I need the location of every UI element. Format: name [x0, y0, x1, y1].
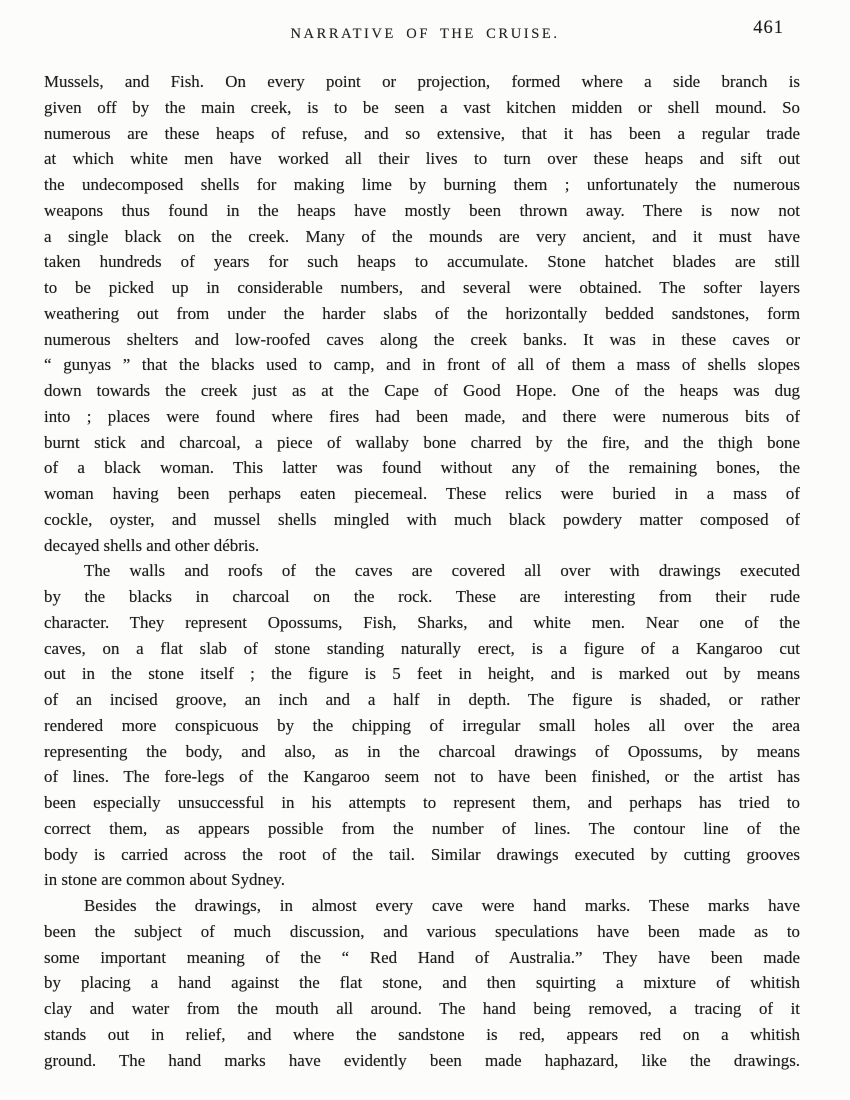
text-line: numerous shelters and low-roofed caves a… [44, 327, 800, 353]
text-line: down towards the creek just as at the Ca… [44, 378, 800, 404]
text-line: out in the stone itself ; the figure is … [44, 661, 800, 687]
text-line: been especially unsuccessful in his atte… [44, 790, 800, 816]
paragraph: The walls and roofs of the caves are cov… [44, 558, 800, 893]
book-page: NARRATIVE OF THE CRUISE. 461 Mussels, an… [0, 0, 850, 1100]
text-line: body is carried across the root of the t… [44, 842, 800, 868]
text-line: Besides the drawings, in almost every ca… [44, 893, 800, 919]
text-line: to be picked up in considerable numbers,… [44, 275, 800, 301]
page-number: 461 [753, 18, 784, 39]
text-line: “ gunyas ” that the blacks used to camp,… [44, 352, 800, 378]
text-line: weathering out from under the harder sla… [44, 301, 800, 327]
text-line: by the blacks in charcoal on the rock. T… [44, 584, 800, 610]
text-line: of lines. The fore-legs of the Kangaroo … [44, 764, 800, 790]
text-line: in stone are common about Sydney. [44, 867, 800, 893]
running-header: NARRATIVE OF THE CRUISE. [0, 26, 850, 43]
text-line: representing the body, and also, as in t… [44, 739, 800, 765]
text-line: correct them, as appears possible from t… [44, 816, 800, 842]
text-line: stands out in relief, and where the sand… [44, 1022, 800, 1048]
text-line: numerous are these heaps of refuse, and … [44, 121, 800, 147]
text-line: cockle, oyster, and mussel shells mingle… [44, 507, 800, 533]
page-body: Mussels, and Fish. On every point or pro… [44, 69, 800, 1073]
text-line: some important meaning of the “ Red Hand… [44, 945, 800, 971]
paragraph: Mussels, and Fish. On every point or pro… [44, 69, 800, 558]
text-line: taken hundreds of years for such heaps t… [44, 249, 800, 275]
text-line: clay and water from the mouth all around… [44, 996, 800, 1022]
text-line: a single black on the creek. Many of the… [44, 224, 800, 250]
text-line: by placing a hand against the flat stone… [44, 970, 800, 996]
text-line: decayed shells and other débris. [44, 533, 800, 559]
text-line: Mussels, and Fish. On every point or pro… [44, 69, 800, 95]
text-line: into ; places were found where fires had… [44, 404, 800, 430]
text-line: burnt stick and charcoal, a piece of wal… [44, 430, 800, 456]
text-line: The walls and roofs of the caves are cov… [44, 558, 800, 584]
text-line: weapons thus found in the heaps have mos… [44, 198, 800, 224]
text-line: been the subject of much discussion, and… [44, 919, 800, 945]
text-line: ground. The hand marks have evidently be… [44, 1048, 800, 1074]
text-line: woman having been perhaps eaten piecemea… [44, 481, 800, 507]
paragraph: Besides the drawings, in almost every ca… [44, 893, 800, 1073]
text-line: of a black woman. This latter was found … [44, 455, 800, 481]
text-line: given off by the main creek, is to be se… [44, 95, 800, 121]
text-line: at which white men have worked all their… [44, 146, 800, 172]
text-line: of an incised groove, an inch and a half… [44, 687, 800, 713]
text-line: rendered more conspicuous by the chippin… [44, 713, 800, 739]
text-line: character. They represent Opossums, Fish… [44, 610, 800, 636]
text-line: caves, on a flat slab of stone standing … [44, 636, 800, 662]
text-line: the undecomposed shells for making lime … [44, 172, 800, 198]
